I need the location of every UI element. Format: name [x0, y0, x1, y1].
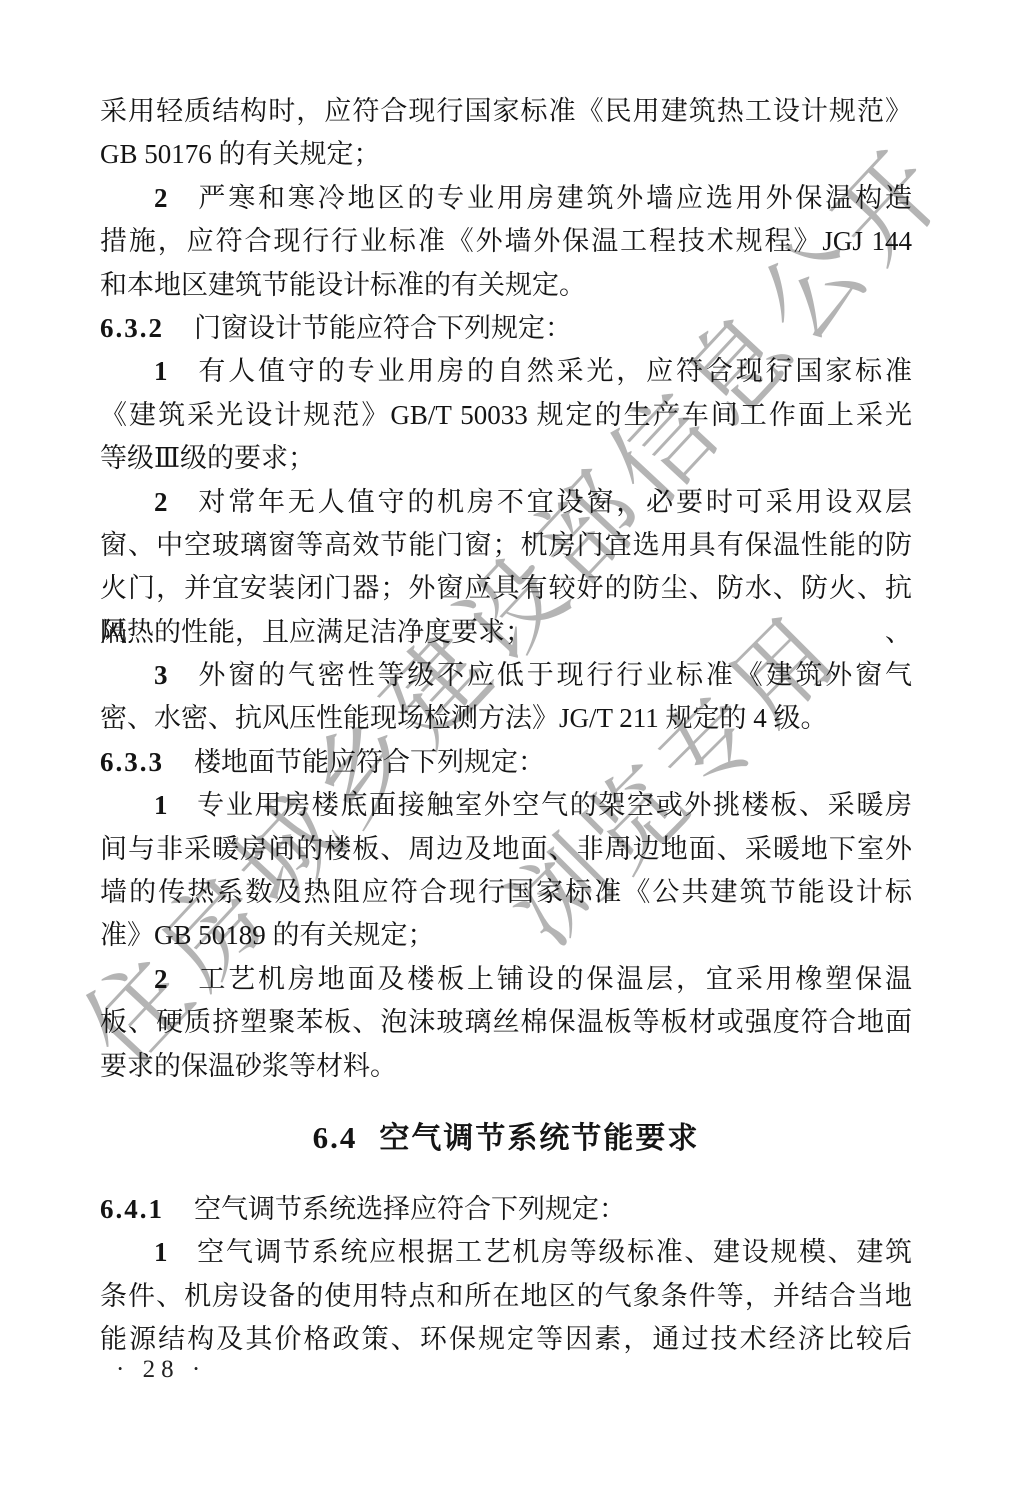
line-text: 有人值守的专业用房的自然采光，应符合现行国家标准: [196, 356, 913, 386]
clause-number: 6.4.1: [100, 1194, 164, 1224]
text-line: 《建筑采光设计规范》GB/T 50033 规定的生产车间工作面上采光: [100, 394, 912, 437]
line-text: 空气调节系统节能要求: [379, 1122, 699, 1155]
text-line: 3外窗的气密性等级不应低于现行行业标准《建筑外窗气: [100, 654, 912, 697]
clause-line: 6.3.3楼地面节能应符合下列规定：: [100, 741, 912, 784]
text-line: 1空气调节系统应根据工艺机房等级标准、建设规模、建筑: [100, 1231, 912, 1274]
line-text: 楼地面节能应符合下列规定：: [194, 747, 545, 777]
line-text: GB 50176 的有关规定；: [100, 139, 381, 169]
section-heading: 6.4空气调节系统节能要求: [100, 1088, 912, 1188]
paragraph-number: 3: [154, 660, 168, 690]
clause-line: 6.4.1空气调节系统选择应符合下列规定：: [100, 1188, 912, 1231]
line-text: 间与非采暖房间的楼板、周边及地面、非周边地面、采暖地下室外: [100, 834, 912, 864]
text-line: 采用轻质结构时，应符合现行国家标准《民用建筑热工设计规范》: [100, 90, 912, 133]
text-line: 1专业用房楼底面接触室外空气的架空或外挑楼板、采暖房: [100, 784, 912, 827]
line-text: 能源结构及其价格政策、环保规定等因素，通过技术经济比较后: [100, 1324, 912, 1354]
line-text: 要求的保温砂浆等材料。: [100, 1051, 397, 1081]
line-text: 措施，应符合现行行业标准《外墙外保温工程技术规程》JGJ 144: [100, 226, 912, 256]
page-number: · 28 ·: [116, 1356, 206, 1384]
text-line: 能源结构及其价格政策、环保规定等因素，通过技术经济比较后: [100, 1318, 912, 1361]
text-line: 准》GB 50189 的有关规定；: [100, 914, 912, 957]
text-line: 2严寒和寒冷地区的专业用房建筑外墙应选用外保温构造: [100, 177, 912, 220]
line-text: 空气调节系统应根据工艺机房等级标准、建设规模、建筑: [196, 1237, 913, 1267]
text-line: 要求的保温砂浆等材料。: [100, 1045, 912, 1088]
paragraph-number: 2: [154, 183, 168, 213]
paragraph-number: 1: [154, 1237, 168, 1267]
text-line: 2对常年无人值守的机房不宜设窗，必要时可采用设双层: [100, 481, 912, 524]
line-text: 等级Ⅲ级的要求；: [100, 443, 315, 473]
line-text: 和本地区建筑节能设计标准的有关规定。: [100, 270, 586, 300]
clause-line: 6.3.2门窗设计节能应符合下列规定：: [100, 307, 912, 350]
text-line: 间与非采暖房间的楼板、周边及地面、非周边地面、采暖地下室外: [100, 828, 912, 871]
line-text: 窗、中空玻璃窗等高效节能门窗；机房门宜选用具有保温性能的防: [100, 530, 912, 560]
line-text: 隔热的性能，且应满足洁净度要求；: [100, 617, 532, 647]
document-page: 住房城乡建设部信息公开 浏览专用 采用轻质结构时，应符合现行国家标准《民用建筑热…: [0, 0, 1023, 1496]
text-line: 密、水密、抗风压性能现场检测方法》JG/T 211 规定的 4 级。: [100, 697, 912, 740]
line-text: 专业用房楼底面接触室外空气的架空或外挑楼板、采暖房: [196, 790, 913, 820]
text-line: 和本地区建筑节能设计标准的有关规定。: [100, 264, 912, 307]
paragraph-number: 1: [154, 356, 168, 386]
line-text: 空气调节系统选择应符合下列规定：: [194, 1194, 626, 1224]
text-line: 窗、中空玻璃窗等高效节能门窗；机房门宜选用具有保温性能的防: [100, 524, 912, 567]
text-line: 等级Ⅲ级的要求；: [100, 437, 912, 480]
line-text: 板、硬质挤塑聚苯板、泡沫玻璃丝棉保温板等板材或强度符合地面: [100, 1007, 912, 1037]
text-line: 墙的传热系数及热阻应符合现行国家标准《公共建筑节能设计标: [100, 871, 912, 914]
line-text: 《建筑采光设计规范》GB/T 50033 规定的生产车间工作面上采光: [100, 400, 912, 430]
line-text: 密、水密、抗风压性能现场检测方法》JG/T 211 规定的 4 级。: [100, 703, 828, 733]
text-block: 采用轻质结构时，应符合现行国家标准《民用建筑热工设计规范》GB 50176 的有…: [100, 90, 912, 1362]
paragraph-number: 1: [154, 790, 168, 820]
line-text: 条件、机房设备的使用特点和所在地区的气象条件等，并结合当地: [100, 1281, 912, 1311]
text-line: 1有人值守的专业用房的自然采光，应符合现行国家标准: [100, 350, 912, 393]
text-line: GB 50176 的有关规定；: [100, 133, 912, 176]
clause-number: 6.3.2: [100, 313, 164, 343]
line-text: 严寒和寒冷地区的专业用房建筑外墙应选用外保温构造: [196, 183, 913, 213]
text-line: 火门，并宜安装闭门器；外窗应具有较好的防尘、防水、防火、抗风、: [100, 567, 912, 610]
paragraph-number: 2: [154, 964, 168, 994]
text-line: 条件、机房设备的使用特点和所在地区的气象条件等，并结合当地: [100, 1275, 912, 1318]
line-text: 采用轻质结构时，应符合现行国家标准《民用建筑热工设计规范》: [100, 96, 912, 126]
paragraph-number: 2: [154, 487, 168, 517]
line-text: 门窗设计节能应符合下列规定：: [194, 313, 572, 343]
line-text: 工艺机房地面及楼板上铺设的保温层，宜采用橡塑保温: [196, 964, 913, 994]
text-line: 措施，应符合现行行业标准《外墙外保温工程技术规程》JGJ 144: [100, 220, 912, 263]
clause-number: 6.3.3: [100, 747, 164, 777]
line-text: 对常年无人值守的机房不宜设窗，必要时可采用设双层: [196, 487, 913, 517]
line-text: 准》GB 50189 的有关规定；: [100, 920, 435, 950]
line-text: 墙的传热系数及热阻应符合现行国家标准《公共建筑节能设计标: [100, 877, 912, 907]
text-line: 2工艺机房地面及楼板上铺设的保温层，宜采用橡塑保温: [100, 958, 912, 1001]
line-text: 外窗的气密性等级不应低于现行行业标准《建筑外窗气: [196, 660, 913, 690]
text-line: 板、硬质挤塑聚苯板、泡沫玻璃丝棉保温板等板材或强度符合地面: [100, 1001, 912, 1044]
clause-number: 6.4: [313, 1120, 358, 1155]
